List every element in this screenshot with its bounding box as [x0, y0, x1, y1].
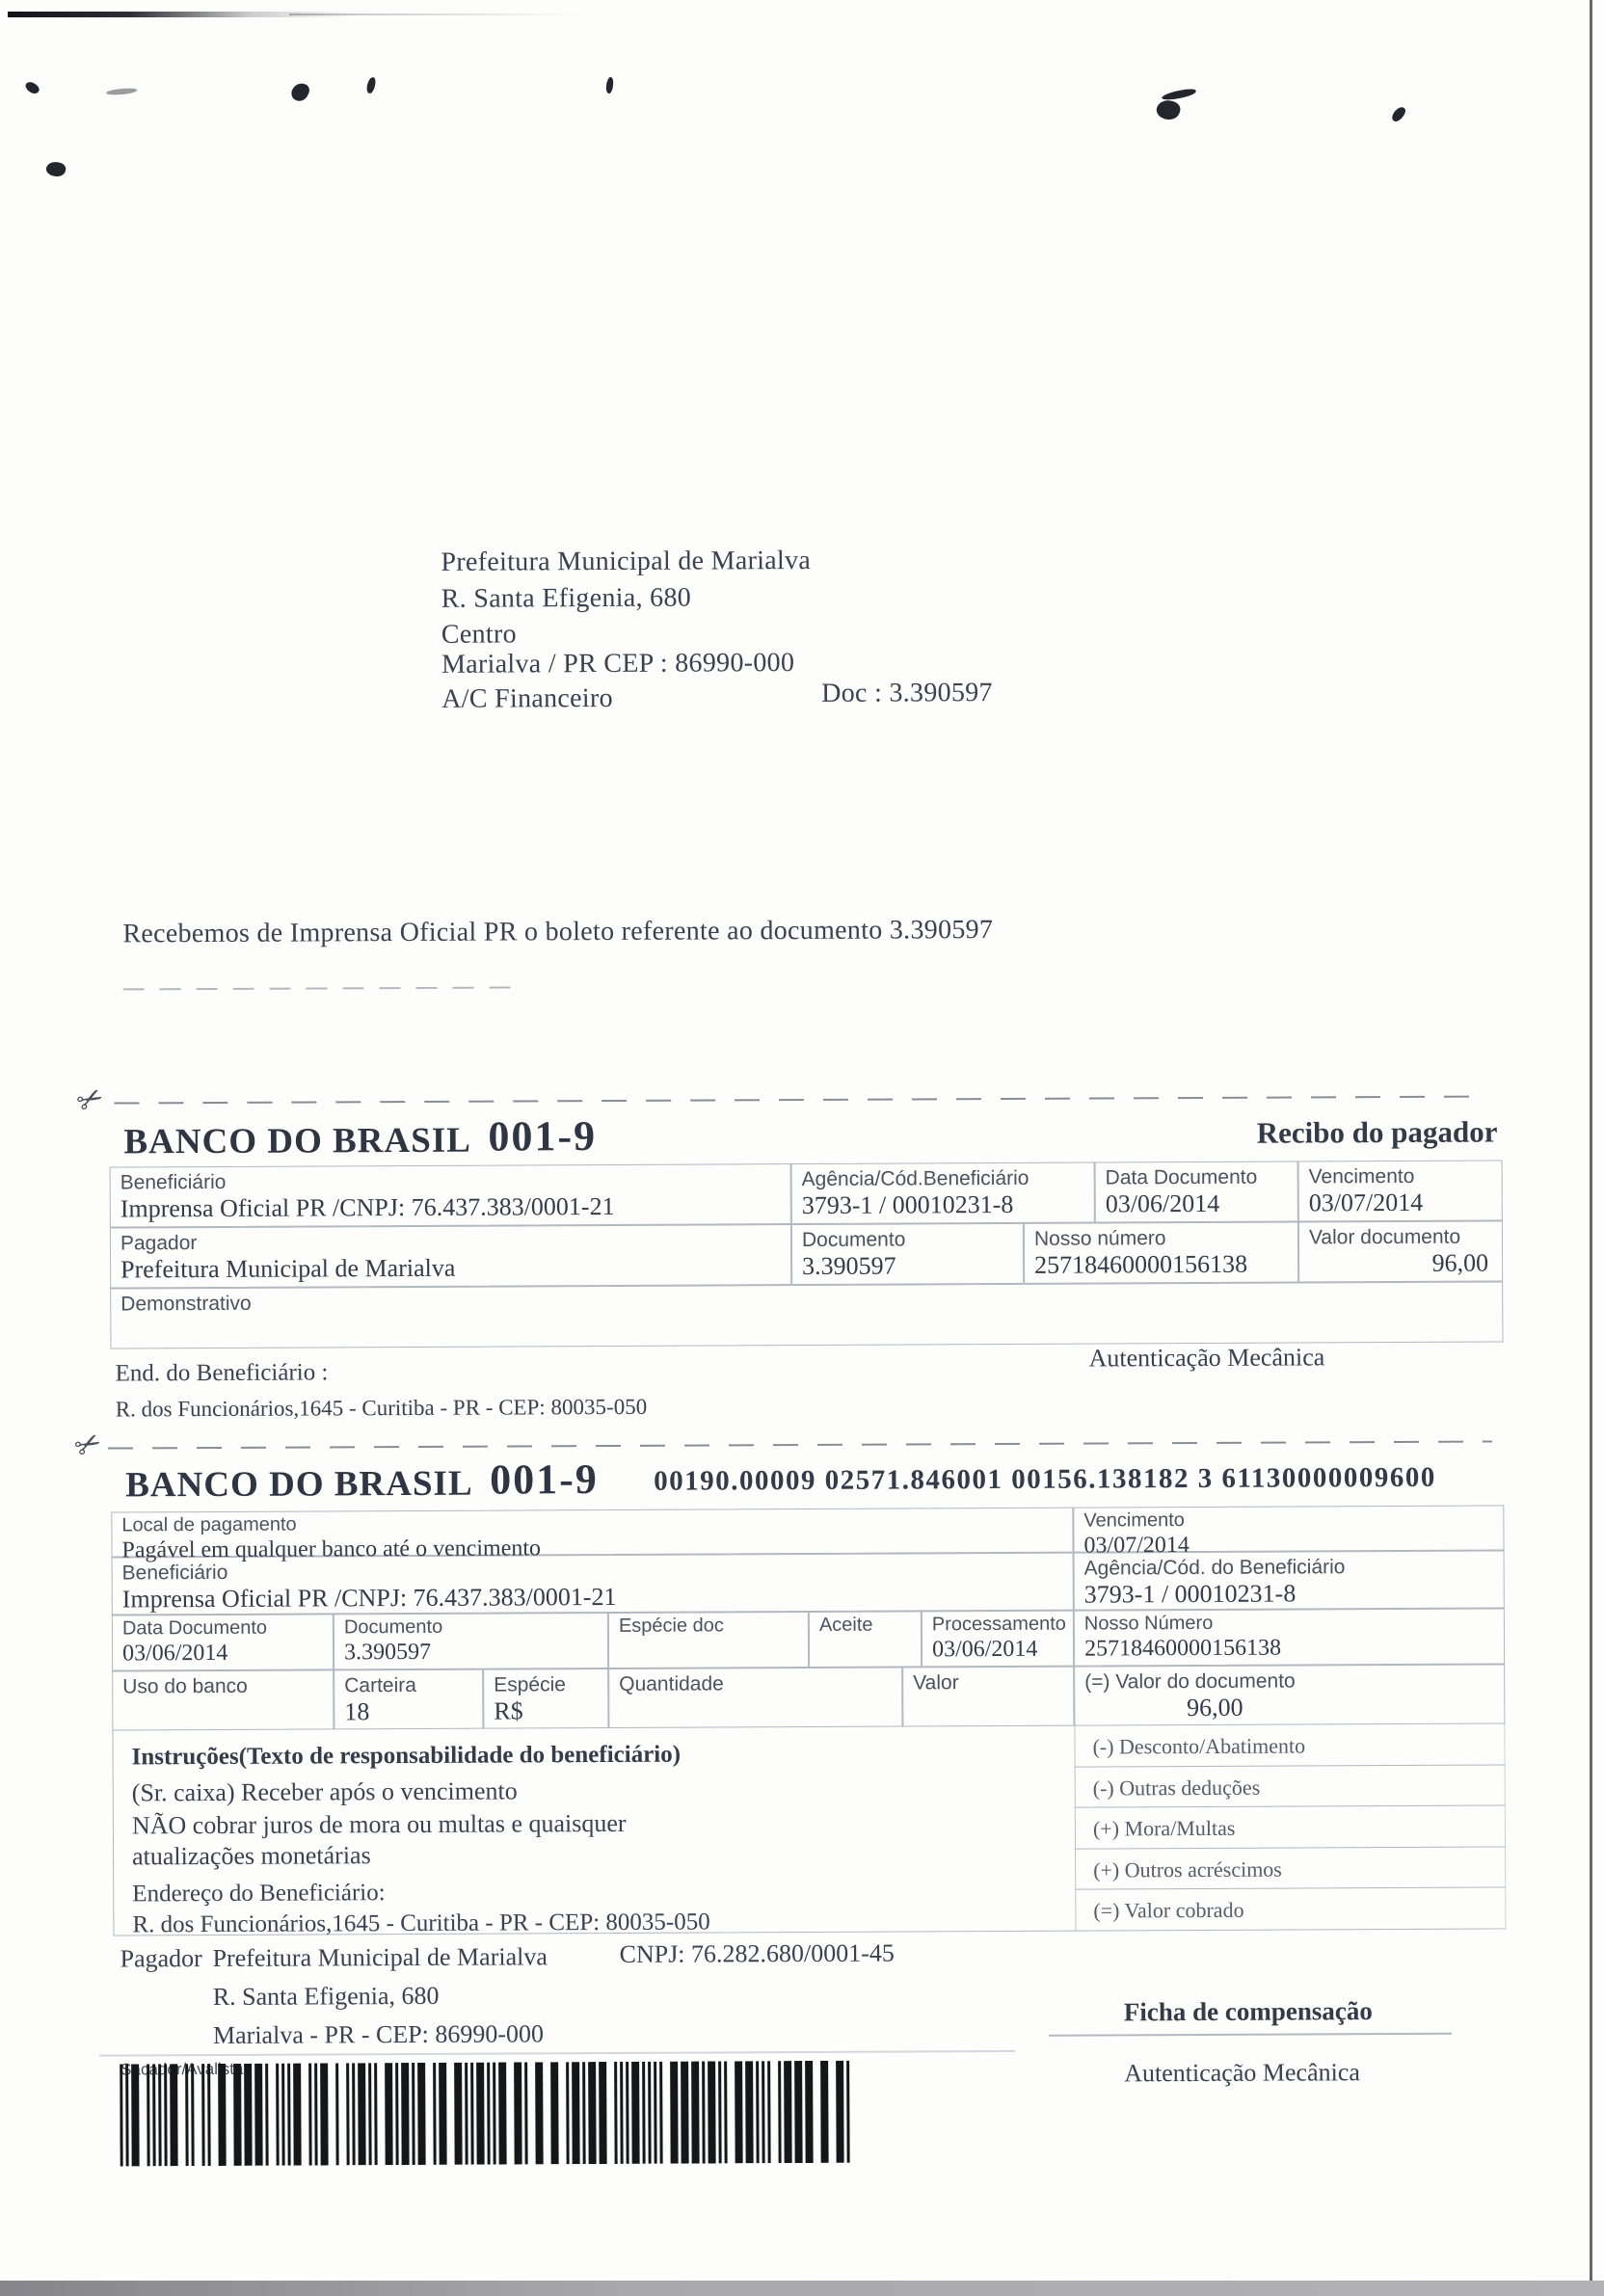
field-label: (=) Valor do documento — [1075, 1665, 1504, 1693]
instructions-line: atualizações monetárias — [132, 1841, 371, 1871]
field-label: Documento — [792, 1224, 1023, 1251]
bank-code: 001-9 — [488, 1111, 597, 1161]
field-label: Valor documento — [1299, 1221, 1502, 1248]
section-title-ficha: Ficha de compensação — [1124, 1996, 1373, 2027]
field-value: 3793-1 / 00010231-8 — [792, 1189, 1094, 1220]
letterhead-district: Centro — [441, 619, 517, 650]
field-label: Beneficiário — [111, 1164, 790, 1193]
letterhead-doc-number: Doc : 3.390597 — [821, 678, 993, 709]
field-valor: Valor — [902, 1667, 1074, 1727]
pagador-label: Pagador — [120, 1944, 202, 1973]
field-value: Imprensa Oficial PR /CNPJ: 76.437.383/00… — [113, 1580, 1073, 1614]
scissors-icon: ✂ — [70, 1078, 111, 1122]
field-label: Documento — [334, 1614, 607, 1639]
linha-digitavel: 00190.00009 02571.846001 00156.138182 3 … — [654, 1462, 1436, 1498]
field-label: Quantidade — [609, 1668, 901, 1695]
bank-name: BANCO DO BRASIL — [125, 1463, 473, 1507]
barcode — [120, 2061, 865, 2167]
endereco-beneficiario-value: R. dos Funcionários,1645 - Curitiba - PR… — [132, 1909, 709, 1938]
field-value: 25718460000156138 — [1075, 1633, 1504, 1661]
field-label: Nosso Número — [1075, 1609, 1504, 1635]
field-value: 03/07/2014 — [1299, 1187, 1502, 1216]
sumrow-label: (+) Mora/Multas — [1076, 1805, 1505, 1841]
field-value: R$ — [484, 1695, 607, 1725]
field-label: Vencimento — [1074, 1506, 1503, 1532]
field-processamento: Processamento 03/06/2014 — [922, 1611, 1074, 1668]
field-uso-banco: Uso do banco — [112, 1669, 334, 1730]
field-label: Demonstrativo — [111, 1282, 1502, 1315]
sumrow-label: (+) Outros acréscimos — [1076, 1847, 1505, 1882]
field-value: 3.390597 — [792, 1250, 1023, 1280]
endereco-beneficiario-value: R. dos Funcionários,1645 - Curitiba - PR… — [116, 1395, 647, 1423]
field-nosso-numero: Nosso Número 25718460000156138 — [1074, 1608, 1505, 1666]
field-label: Vencimento — [1299, 1161, 1502, 1188]
field-agencia-cod: Agência/Cód. do Beneficiário 3793-1 / 00… — [1074, 1550, 1505, 1610]
field-label: Data Documento — [1096, 1161, 1297, 1188]
field-label: Espécie doc — [609, 1613, 808, 1638]
field-label: Espécie — [484, 1669, 607, 1696]
scanned-boleto-page: Prefeitura Municipal de Marialva R. Sant… — [0, 0, 1604, 2296]
field-especie-doc: Espécie doc — [608, 1612, 809, 1669]
instructions-title: Instruções(Texto de responsabilidade do … — [132, 1742, 682, 1772]
letterhead-attention: A/C Financeiro — [441, 683, 613, 715]
ficha-title-underline — [1049, 2033, 1452, 2037]
letterhead-street: R. Santa Efigenia, 680 — [441, 583, 691, 615]
cut-line — [114, 1096, 1487, 1105]
field-value: 03/06/2014 — [1096, 1188, 1297, 1217]
letterhead-city: Marialva / PR CEP : 86990-000 — [441, 648, 794, 681]
field-beneficiario: Beneficiário Imprensa Oficial PR /CNPJ: … — [112, 1553, 1074, 1615]
sumrow-outras-deducoes: (-) Outras deduções — [1075, 1765, 1506, 1807]
sumrow-outros-acrescimos: (+) Outros acréscimos — [1075, 1847, 1506, 1889]
field-value: 03/06/2014 — [922, 1636, 1073, 1663]
field-label: Pagador — [111, 1225, 790, 1254]
field-documento: Documento 3.390597 — [791, 1223, 1024, 1285]
acknowledgement-text: Recebemos de Imprensa Oficial PR o bolet… — [122, 915, 993, 949]
bank-name: BANCO DO BRASIL — [123, 1120, 471, 1163]
field-vencimento: Vencimento 03/07/2014 — [1298, 1160, 1503, 1221]
sumrow-label: (=) Valor cobrado — [1076, 1887, 1505, 1923]
section-title-recibo: Recibo do pagador — [1107, 1114, 1497, 1151]
scissors-icon: ✂ — [68, 1423, 109, 1467]
field-label: Aceite — [810, 1612, 921, 1637]
sumrow-label: (-) Outras deduções — [1076, 1765, 1505, 1801]
field-aceite: Aceite — [809, 1611, 922, 1668]
field-value: 96,00 — [1075, 1692, 1354, 1722]
pagador-cnpj: CNPJ: 76.282.680/0001-45 — [620, 1939, 895, 1969]
field-quantidade: Quantidade — [608, 1667, 902, 1727]
field-label: Agência/Cód.Beneficiário — [792, 1163, 1094, 1191]
field-especie: Espécie R$ — [483, 1669, 608, 1729]
instructions-line: (Sr. caixa) Receber após o vencimento — [132, 1776, 518, 1807]
sumrow-label: (-) Desconto/Abatimento — [1075, 1723, 1504, 1759]
field-agencia-cod: Agência/Cód.Beneficiário 3793-1 / 000102… — [791, 1162, 1095, 1225]
field-value: 96,00 — [1299, 1247, 1502, 1277]
field-beneficiario: Beneficiário Imprensa Oficial PR /CNPJ: … — [110, 1163, 791, 1227]
field-vencimento: Vencimento 03/07/2014 — [1073, 1505, 1504, 1552]
endereco-beneficiario-label: End. do Beneficiário : — [116, 1359, 329, 1387]
field-label: Nosso número — [1025, 1222, 1297, 1249]
autenticacao-mecanica-2: Autenticação Mecânica — [1124, 2058, 1360, 2088]
field-label: Valor — [903, 1668, 1073, 1695]
field-pagador: Pagador Prefeitura Municipal de Marialva — [110, 1224, 791, 1288]
field-value: 18 — [334, 1696, 482, 1726]
field-value: 25718460000156138 — [1025, 1248, 1297, 1278]
field-nosso-numero: Nosso número 25718460000156138 — [1024, 1221, 1298, 1283]
document-content: Prefeitura Municipal de Marialva R. Sant… — [0, 0, 1604, 2296]
field-label: Agência/Cód. do Beneficiário — [1075, 1551, 1504, 1579]
sumrow-desconto: (-) Desconto/Abatimento — [1074, 1723, 1505, 1767]
instructions-line: NÃO cobrar juros de mora ou multas e qua… — [132, 1809, 627, 1841]
field-label: Data Documento — [113, 1615, 333, 1640]
field-label: Processamento — [922, 1612, 1073, 1637]
field-documento: Documento 3.390597 — [334, 1613, 608, 1669]
field-data-documento: Data Documento 03/06/2014 — [1095, 1161, 1298, 1222]
field-value: 3.390597 — [334, 1638, 607, 1665]
pagador-address1: R. Santa Efigenia, 680 — [213, 1982, 440, 2012]
sumrow-valor-cobrado: (=) Valor cobrado — [1075, 1887, 1506, 1931]
autenticacao-mecanica-1: Autenticação Mecânica — [1088, 1343, 1324, 1373]
field-value: 3793-1 / 00010231-8 — [1075, 1577, 1504, 1608]
pagador-name: Prefeitura Municipal de Marialva — [213, 1942, 548, 1973]
field-value: 03/06/2014 — [113, 1639, 333, 1666]
field-label: Carteira — [334, 1670, 482, 1697]
bank-code: 001-9 — [490, 1455, 599, 1505]
endereco-beneficiario-label: Endereço do Beneficiário: — [132, 1880, 386, 1908]
field-label: Uso do banco — [113, 1670, 333, 1697]
field-demonstrativo: Demonstrativo — [110, 1281, 1503, 1348]
cut-line — [108, 1441, 1492, 1450]
field-value: Prefeitura Municipal de Marialva — [111, 1251, 790, 1283]
field-valor-documento: Valor documento 96,00 — [1298, 1220, 1503, 1282]
field-valor-do-documento: (=) Valor do documento 96,00 — [1074, 1664, 1505, 1725]
pagador-bottom-line — [99, 2050, 1015, 2057]
sumrow-mora-multas: (+) Mora/Multas — [1075, 1805, 1506, 1849]
field-carteira: Carteira 18 — [334, 1669, 483, 1730]
letterhead-recipient: Prefeitura Municipal de Marialva — [441, 546, 811, 578]
pagador-address2: Marialva - PR - CEP: 86990-000 — [213, 2019, 544, 2050]
field-value: Imprensa Oficial PR /CNPJ: 76.437.383/00… — [111, 1190, 790, 1222]
field-data-documento: Data Documento 03/06/2014 — [112, 1614, 334, 1670]
field-local-pagamento: Local de pagamento Pagável em qualquer b… — [111, 1508, 1073, 1558]
signature-line — [123, 986, 526, 990]
